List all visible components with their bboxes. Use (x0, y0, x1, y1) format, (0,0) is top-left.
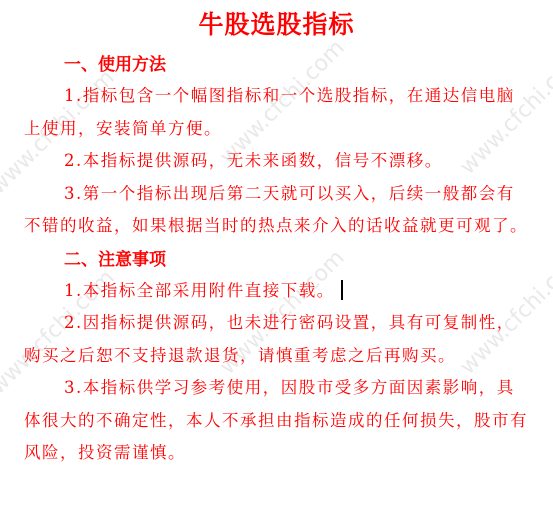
notes-item-1: 1.本指标全部采用附件直接下载。 (24, 275, 529, 308)
text-cursor (341, 280, 343, 300)
usage-item-3: 3.第一个指标出现后第二天就可以买入，后续一般都会有不错的收益，如果根据当时的热… (24, 178, 529, 243)
section-heading-usage: 一、使用方法 (24, 50, 529, 80)
usage-item-1: 1.指标包含一个幅图指标和一个选股指标，在通达信电脑上使用，安装简单方便。 (24, 80, 529, 145)
notes-item-3: 3.本指标供学习参考使用，因股市受多方面因素影响，具体很大的不确定性，本人不承担… (24, 372, 529, 470)
usage-item-2: 2.本指标提供源码，无未来函数，信号不漂移。 (24, 145, 529, 178)
document-page: 牛股选股指标 一、使用方法 1.指标包含一个幅图指标和一个选股指标，在通达信电脑… (0, 0, 553, 470)
notes-item-2: 2.因指标提供源码，也未进行密码设置，具有可复制性，购买之后恕不支持退款退货，请… (24, 307, 529, 372)
notes-item-1-text: 1.本指标全部采用附件直接下载。 (64, 281, 335, 300)
document-title: 牛股选股指标 (24, 0, 529, 50)
section-heading-notes: 二、注意事项 (24, 245, 529, 275)
